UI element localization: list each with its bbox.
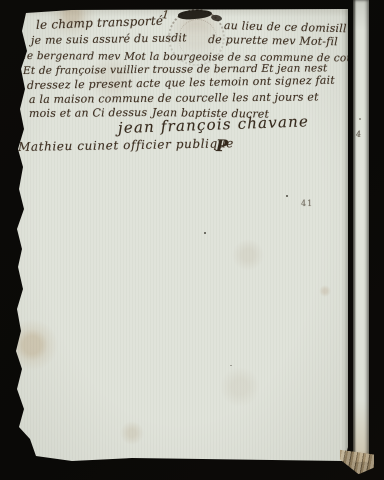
facing-page-edge: 4 xyxy=(353,0,369,462)
ink-speck xyxy=(286,195,288,197)
manuscript-paper: 1 le champ transporté au lieu de ce domi… xyxy=(12,9,348,461)
edge-ink-smudge: 4 xyxy=(355,129,361,139)
scanner-background: 1 le champ transporté au lieu de ce domi… xyxy=(0,0,384,480)
edge-ink-dot xyxy=(359,118,361,120)
ink-speck xyxy=(230,365,232,366)
manuscript-line-2-left: je me suis assuré du susdit xyxy=(31,31,187,47)
manuscript-line-1-left: le champ transporté xyxy=(36,14,164,32)
folio-number-mark: 41 xyxy=(301,199,313,208)
signature-officier-public: Mathieu cuinet officier publique xyxy=(18,136,234,154)
manuscript-line-2-right: de purette mev Mot-fil xyxy=(208,33,338,48)
paraph-mark: P xyxy=(216,136,229,155)
manuscript-line-6: a la maison commune de courcelle les ant… xyxy=(29,90,319,106)
ink-speck xyxy=(204,232,206,234)
